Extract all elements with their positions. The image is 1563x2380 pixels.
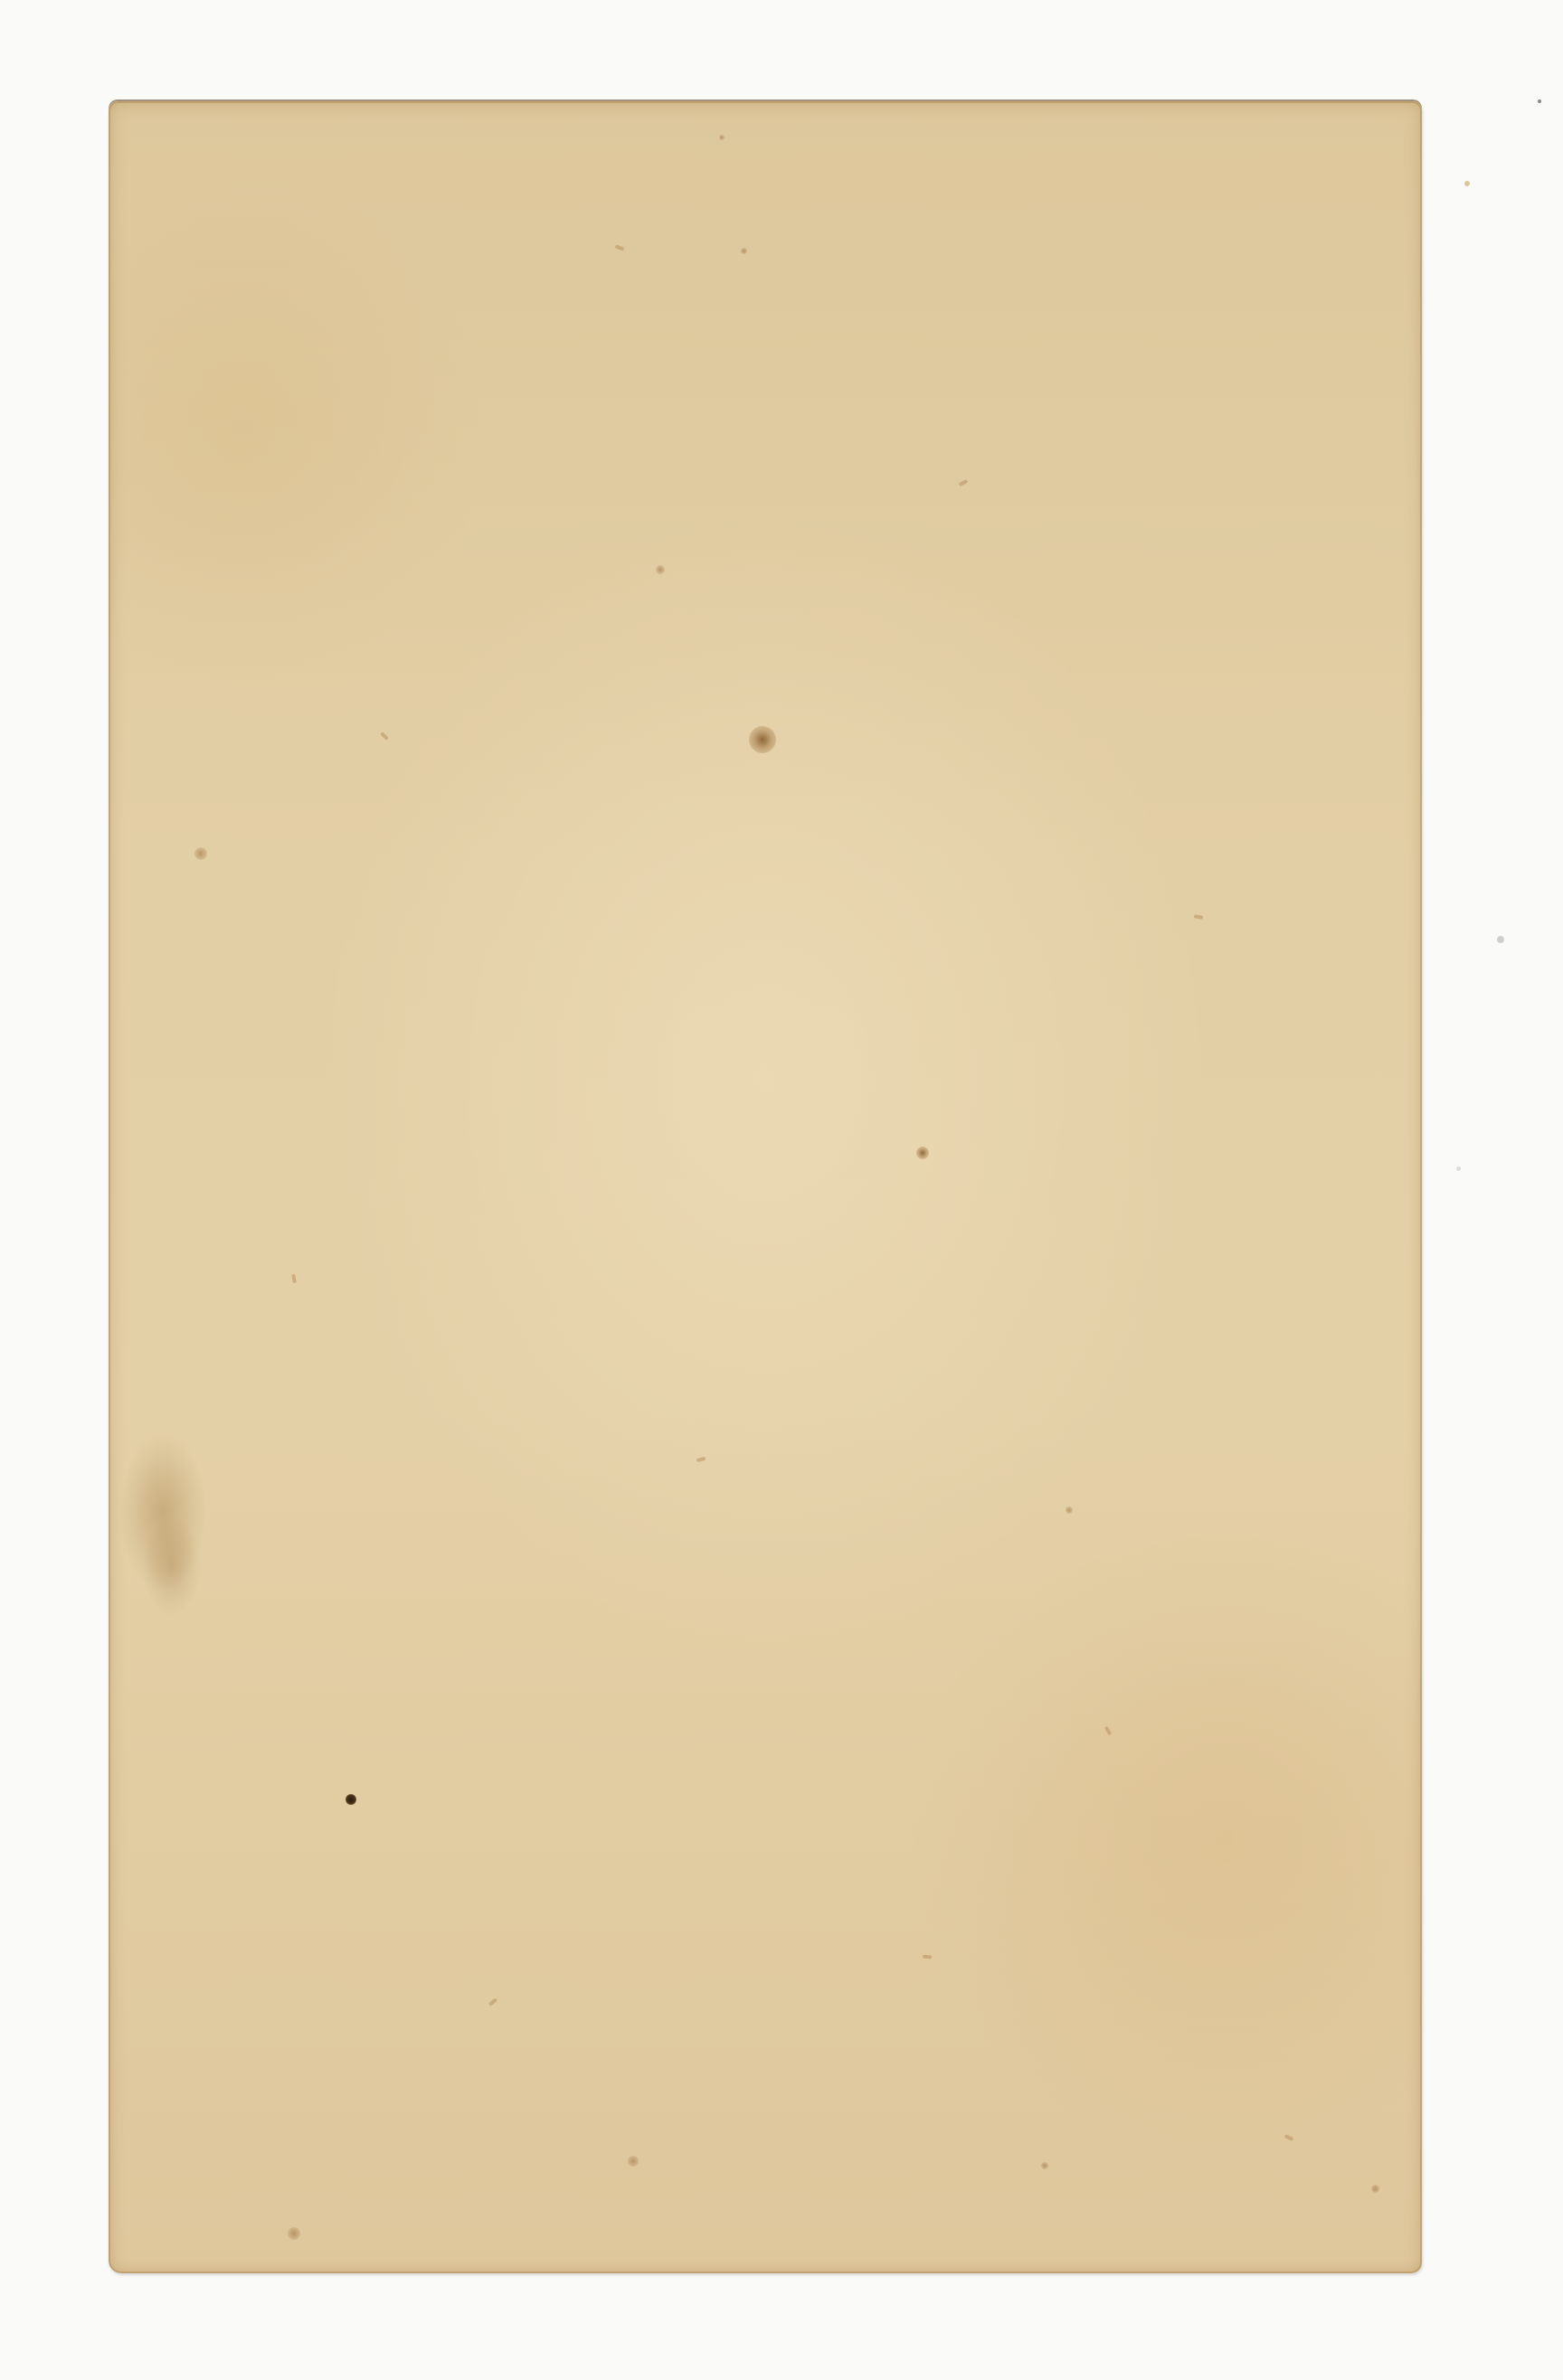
stain-spot [288,2227,300,2240]
stain-spot [1066,1506,1073,1514]
paper-fibre [1104,1726,1112,1736]
stain-spot [1041,2162,1048,2169]
stain-spot [1371,2185,1379,2193]
paper-fibre [488,1997,497,2006]
stain-spot [741,248,747,254]
scanner-dust-mark [1538,99,1541,103]
stain-spot [656,565,665,574]
stain-spot [916,1147,929,1159]
stain-spot [628,2156,639,2167]
scanner-dust-mark [1464,181,1470,186]
paper-fibre [615,244,625,250]
paper-fibre [923,1955,932,1960]
card-back [109,101,1422,2273]
paper-fibre [380,732,389,741]
stain-spot [749,726,776,753]
stain-spot [719,135,725,140]
paper-fibre [1284,2134,1294,2141]
scanner-dust-mark [1456,1166,1461,1171]
stain-spot [194,847,207,860]
paper-fibre [696,1457,706,1462]
paper-fibre [959,479,969,486]
paper-fibre [291,1274,297,1284]
scanner-dust-mark [1497,936,1504,943]
stain-spot [346,1794,356,1805]
paper-fibre [1194,914,1204,920]
